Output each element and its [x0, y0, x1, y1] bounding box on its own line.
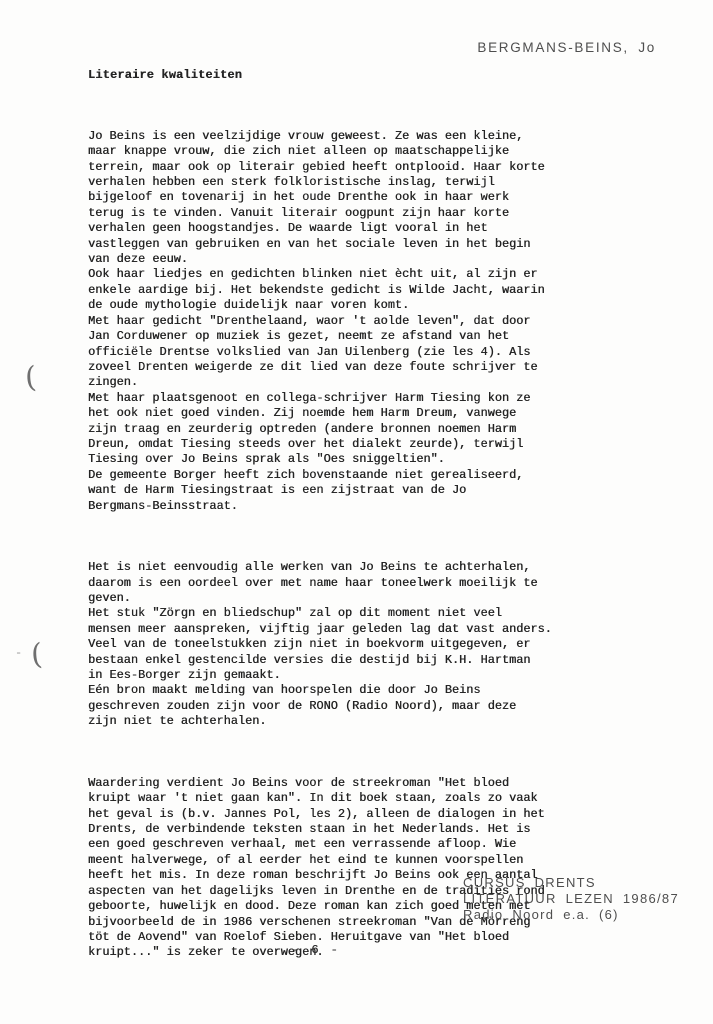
handwritten-parenthesis-mark: ( [30, 637, 44, 672]
section-heading: Literaire kwaliteiten [88, 68, 242, 82]
course-subtitle-line: LITERATUUR LEZEN 1986/87 [463, 891, 679, 907]
paragraph-1: Jo Beins is een veelzijdige vrouw gewees… [88, 129, 552, 514]
document-body: Jo Beins is een veelzijdige vrouw gewees… [88, 98, 552, 1007]
handwritten-parenthesis-mark: ( [24, 360, 38, 395]
course-footer: CURSUS DRENTS LITERATUUR LEZEN 1986/87 R… [463, 875, 679, 924]
course-title-line: CURSUS DRENTS [463, 875, 679, 891]
course-publisher-line: Radio Noord e.a. (6) [463, 907, 679, 923]
paragraph-2: Het is niet eenvoudig alle werken van Jo… [88, 560, 552, 729]
page-number: - 6 - [292, 943, 340, 957]
handwritten-dash-mark: - [15, 646, 22, 660]
paragraph-3: Waardering verdient Jo Beins voor de str… [88, 776, 552, 961]
author-header: BERGMANS-BEINS, Jo [477, 40, 656, 55]
scanned-document-page: BERGMANS-BEINS, Jo Literaire kwaliteiten… [0, 0, 713, 1024]
